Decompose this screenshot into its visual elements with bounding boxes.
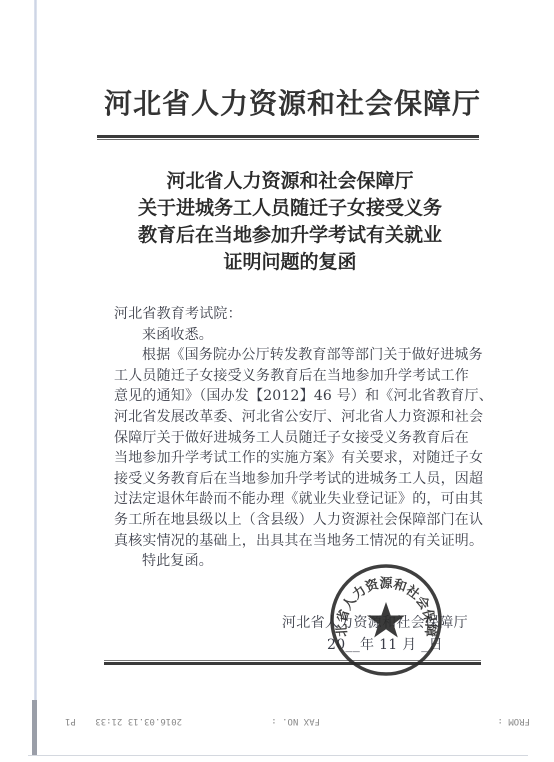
official-seal: 河北省人力资源和社会保障厅 xyxy=(328,562,444,678)
body-line: 工人员随迁子女接受义务教育后在当地参加升学考试工作 xyxy=(114,366,474,387)
body-line: 过法定退休年龄而不能办理《就业失业登记证》的，可由其 xyxy=(114,489,474,510)
fax-datetime: 2016.03.13 21:33 P1 xyxy=(65,716,182,726)
fax-from-label: FROM : xyxy=(497,716,530,726)
scan-bottom-edge xyxy=(28,755,528,756)
title-line: 证明问题的复函 xyxy=(100,249,480,276)
body-line: 保障厅关于做好进城务工人员随迁子女接受义务教育后在 xyxy=(114,428,474,449)
seal-graphic: 河北省人力资源和社会保障厅 xyxy=(328,562,444,678)
body-line: 当地参加升学考试工作的实施方案》有关要求，对随迁子女 xyxy=(114,448,474,469)
scan-left-edge xyxy=(34,0,37,752)
body-line: 真核实情况的基础上，出具其在当地务工情况的有关证明。 xyxy=(114,531,474,552)
salutation: 河北省教育考试院： xyxy=(114,304,474,325)
rule-thin-line xyxy=(97,139,479,140)
rule-thick-line xyxy=(97,135,479,138)
masthead: 河北省人力资源和社会保障厅 xyxy=(104,82,466,122)
body-line: 接受义务教育后在当地参加升学考试的进城务工人员，因超 xyxy=(114,469,474,490)
title-line: 教育后在当地参加升学考试有关就业 xyxy=(100,222,480,249)
body-line: 务工所在地县级以上（含县级）人力资源社会保障部门在认 xyxy=(114,510,474,531)
document-title: 河北省人力资源和社会保障厅 关于进城务工人员随迁子女接受义务 教育后在当地参加升… xyxy=(100,168,480,276)
body-line: 来函收悉。 xyxy=(114,325,474,346)
body-line: 意见的通知》（国办发【2012】46 号）和《河北省教育厅、 xyxy=(114,386,474,407)
fax-timestamp: 2016.03.13 21:33 xyxy=(95,716,182,726)
title-line: 关于进城务工人员随迁子女接受义务 xyxy=(100,195,480,222)
body-line: 河北省发展改革委、河北省公安厅、河北省人力资源和社会 xyxy=(114,407,474,428)
star-icon xyxy=(367,602,405,638)
letter-body: 河北省教育考试院： 来函收悉。 根据《国务院办公厅转发教育部等部门关于做好进城务… xyxy=(114,304,474,572)
title-line: 河北省人力资源和社会保障厅 xyxy=(100,168,480,195)
fax-header-strip: FROM : FAX NO. : 2016.03.13 21:33 P1 xyxy=(40,712,530,730)
fax-page-number: P1 xyxy=(65,716,76,726)
scan-left-edge-shadow xyxy=(32,700,37,756)
masthead-rule xyxy=(97,135,479,141)
body-line: 根据《国务院办公厅转发教育部等部门关于做好进城务 xyxy=(114,345,474,366)
fax-number-label: FAX NO. : xyxy=(271,716,320,726)
